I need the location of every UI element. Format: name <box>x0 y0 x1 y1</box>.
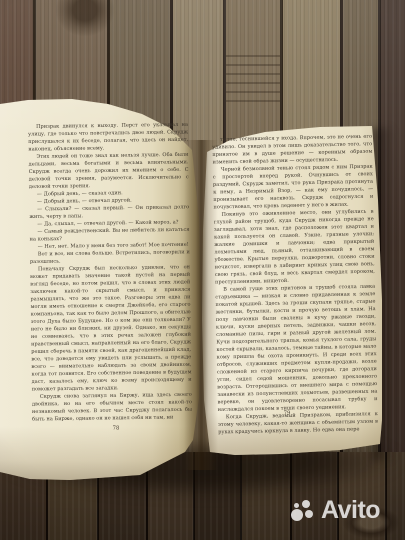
avito-logo-icon <box>291 497 317 524</box>
right-page-text: толпе, теснившейся у входа. Впрочем, это… <box>212 133 378 436</box>
logo-dot <box>291 509 303 521</box>
paragraph: Поначалу Скрудж был несколько удивлен, ч… <box>30 263 192 393</box>
left-page-text: Призрак двинулся к выходу. Перст его ука… <box>28 121 192 423</box>
paragraph: Черной безмолвной тенью стоял рядом с ни… <box>213 163 374 211</box>
right-page-number: 79 <box>199 410 375 416</box>
paragraph: Покинув это оживленное место, они углуби… <box>214 208 376 286</box>
avito-watermark: Avito <box>291 497 380 524</box>
avito-wordmark: Avito <box>321 498 380 523</box>
wood-knot <box>55 0 115 37</box>
paragraph: Призрак двинулся к выходу. Перст его ука… <box>28 121 188 153</box>
wood-grain-streaks <box>226 55 280 105</box>
logo-dot <box>294 503 299 508</box>
left-page-number: 78 <box>28 425 204 431</box>
book-photo-scene: Призрак двинулся к выходу. Перст его ука… <box>0 0 405 540</box>
logo-dot <box>305 510 313 518</box>
paragraph: толпе, теснившейся у входа. Впрочем, это… <box>212 133 373 166</box>
paragraph: Скрудж снова заглянул на Биржу, ища здес… <box>32 391 192 423</box>
paragraph: В самой гуще этих притонов и трущоб стоя… <box>215 283 378 414</box>
book-gutter-shadow <box>184 140 218 470</box>
logo-dot <box>302 500 310 508</box>
paragraph: Этих людей он тоже знал как нельзя лучше… <box>28 151 189 191</box>
